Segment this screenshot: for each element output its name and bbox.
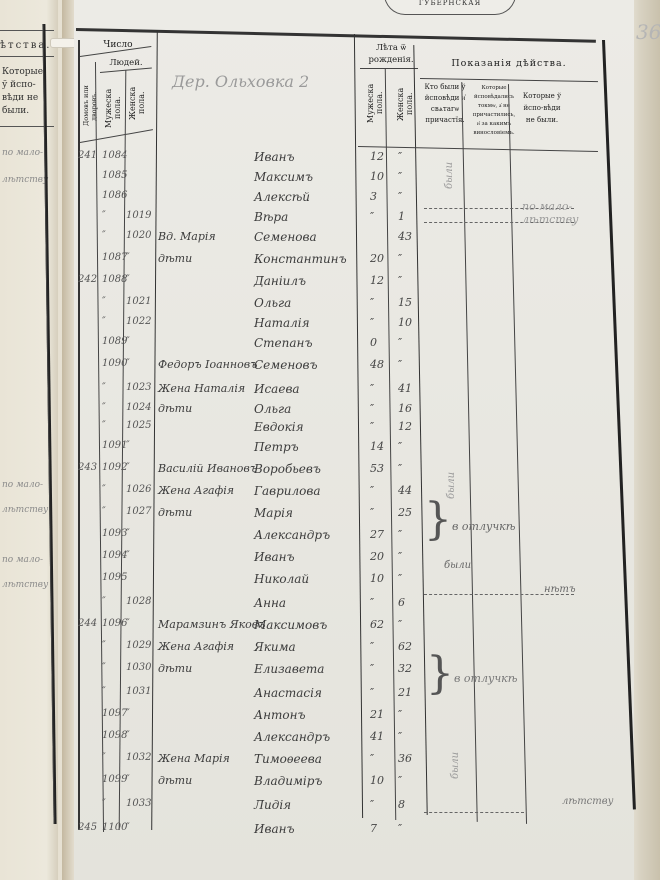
person-name: Александръ bbox=[254, 730, 330, 744]
person-name: Антонъ bbox=[254, 708, 306, 722]
age-female: ″ bbox=[398, 528, 402, 541]
male-number: ″ bbox=[102, 484, 106, 495]
age-male: 10 bbox=[370, 774, 384, 787]
left-page-rule bbox=[0, 56, 54, 57]
age-female: 12 bbox=[398, 420, 412, 433]
age-female: 8 bbox=[398, 798, 405, 811]
header-zhen: Женска пола. bbox=[128, 74, 142, 132]
female-number: ″ bbox=[126, 618, 130, 629]
male-number: 1096 bbox=[102, 618, 127, 629]
person-name: Иванъ bbox=[254, 822, 295, 836]
male-number: ″ bbox=[102, 640, 106, 651]
female-number: ″ bbox=[126, 774, 130, 785]
age-female: ″ bbox=[398, 150, 402, 163]
remark-net: нѣтъ bbox=[544, 584, 576, 595]
female-number: 1022 bbox=[126, 316, 151, 327]
male-number: 1094 bbox=[102, 550, 127, 561]
age-female: ″ bbox=[398, 336, 402, 349]
person-name: Елизавета bbox=[254, 662, 324, 676]
age-male: 10 bbox=[370, 170, 384, 183]
age-male: 48 bbox=[370, 358, 384, 371]
female-number: 1033 bbox=[126, 798, 151, 809]
female-number: ″ bbox=[126, 822, 130, 833]
female-number: 1029 bbox=[126, 640, 151, 651]
male-number: ″ bbox=[102, 506, 106, 517]
male-number: ″ bbox=[102, 798, 106, 809]
female-number: ″ bbox=[126, 358, 130, 369]
person-name: Ольга bbox=[254, 402, 291, 416]
page-number: 36 bbox=[636, 20, 660, 44]
header-col-ne-byli: Которые ў йспо-вѣди не были. bbox=[520, 90, 564, 126]
male-number: 1093 bbox=[102, 528, 127, 539]
age-male: 53 bbox=[370, 462, 384, 475]
person-name: Константинъ bbox=[254, 252, 347, 266]
column-line bbox=[151, 30, 158, 830]
male-number: ″ bbox=[102, 420, 106, 431]
age-female: ″ bbox=[398, 708, 402, 721]
male-number: 1091 bbox=[102, 440, 127, 451]
age-male: ″ bbox=[370, 640, 374, 653]
left-margin-note: лѣтству bbox=[2, 175, 48, 186]
age-female: ″ bbox=[398, 440, 402, 453]
person-name: Степанъ bbox=[254, 336, 312, 350]
person-name: Тимоѳеева bbox=[254, 752, 322, 766]
person-name: Анна bbox=[254, 596, 286, 610]
brace: } bbox=[424, 498, 452, 542]
age-male: ″ bbox=[370, 686, 374, 699]
person-prefix: дѣти bbox=[158, 402, 192, 415]
header-leta-zhen: Женска пола. bbox=[396, 76, 410, 132]
age-female: 36 bbox=[398, 752, 412, 765]
female-number: 1019 bbox=[126, 210, 151, 221]
male-number: 1100 bbox=[102, 822, 127, 833]
age-male: ″ bbox=[370, 402, 374, 415]
header-leta: Лѣта ѿ рожденія. bbox=[364, 42, 418, 66]
left-margin-note: по мало- bbox=[2, 148, 43, 159]
female-number: ″ bbox=[126, 462, 130, 473]
household-number: 241 bbox=[78, 150, 97, 161]
age-male: ″ bbox=[370, 316, 374, 329]
age-male: ″ bbox=[370, 798, 374, 811]
person-name: Семеновъ bbox=[254, 358, 317, 372]
age-male: 10 bbox=[370, 572, 384, 585]
male-number: ″ bbox=[102, 596, 106, 607]
person-prefix: дѣти bbox=[158, 252, 192, 265]
male-number: 1098 bbox=[102, 730, 127, 741]
age-male: 12 bbox=[370, 150, 384, 163]
age-female: ″ bbox=[398, 774, 402, 787]
age-female: 15 bbox=[398, 296, 412, 309]
female-number: ″ bbox=[126, 274, 130, 285]
age-female: 32 bbox=[398, 662, 412, 675]
age-female: ″ bbox=[398, 822, 402, 835]
male-number: 1087 bbox=[102, 252, 127, 263]
male-number: ″ bbox=[102, 210, 106, 221]
register-page: ГУБЕРНСКАЯ 36 Число Домовъ или дворовъ. … bbox=[74, 0, 634, 880]
header-dvorov: Домовъ или дворовъ. bbox=[82, 70, 96, 142]
column-line bbox=[461, 82, 477, 822]
person-name: Анастасія bbox=[254, 686, 322, 700]
left-page-rule bbox=[0, 30, 54, 31]
person-prefix: Жена Агафія bbox=[158, 640, 234, 653]
male-number: 1092 bbox=[102, 462, 127, 473]
age-female: 43 bbox=[398, 230, 412, 243]
age-female: ″ bbox=[398, 170, 402, 183]
stamp-emblem: ГУБЕРНСКАЯ bbox=[384, 0, 516, 15]
female-number: 1030 bbox=[126, 662, 151, 673]
age-female: ″ bbox=[398, 618, 402, 631]
left-page-border bbox=[42, 24, 56, 824]
age-male: 7 bbox=[370, 822, 377, 835]
person-name: Иванъ bbox=[254, 150, 295, 164]
person-prefix: Василій Ивановъ bbox=[158, 462, 257, 475]
age-male: 12 bbox=[370, 274, 384, 287]
age-male: ″ bbox=[370, 210, 374, 223]
male-number: ″ bbox=[102, 382, 106, 393]
female-number: ″ bbox=[126, 550, 130, 561]
age-male: ″ bbox=[370, 506, 374, 519]
person-prefix: дѣти bbox=[158, 506, 192, 519]
person-name: Якима bbox=[254, 640, 296, 654]
person-name: Исаева bbox=[254, 382, 300, 396]
age-female: 25 bbox=[398, 506, 412, 519]
male-number: 1095 bbox=[102, 572, 127, 583]
age-male: 21 bbox=[370, 708, 384, 721]
female-number: 1024 bbox=[126, 402, 151, 413]
person-name: Иванъ bbox=[254, 550, 295, 564]
remark-otluchka: в отлучкѣ bbox=[452, 520, 515, 533]
frame-right-border bbox=[602, 40, 636, 810]
person-name: Владиміръ bbox=[254, 774, 322, 788]
household-number: 243 bbox=[78, 462, 97, 473]
male-number: ″ bbox=[102, 402, 106, 413]
header-bottom-rule bbox=[358, 146, 598, 152]
female-number: 1027 bbox=[126, 506, 151, 517]
age-male: 27 bbox=[370, 528, 384, 541]
male-number: ″ bbox=[102, 686, 106, 697]
female-number: ″ bbox=[126, 336, 130, 347]
person-name: Максимовъ bbox=[254, 618, 327, 632]
age-female: 41 bbox=[398, 382, 412, 395]
male-number: ″ bbox=[102, 662, 106, 673]
age-male: 3 bbox=[370, 190, 377, 203]
male-number: 1090 bbox=[102, 358, 127, 369]
male-number: 1086 bbox=[102, 190, 127, 201]
age-female: 6 bbox=[398, 596, 405, 609]
book-gutter bbox=[62, 0, 74, 880]
frame-top-border bbox=[76, 28, 596, 43]
female-number: ″ bbox=[126, 252, 130, 263]
age-male: ″ bbox=[370, 420, 374, 433]
age-male: 0 bbox=[370, 336, 377, 349]
person-name: Семенова bbox=[254, 230, 317, 244]
age-male: 14 bbox=[370, 440, 384, 453]
male-number: 1097 bbox=[102, 708, 127, 719]
person-prefix: Вд. Марія bbox=[158, 230, 216, 243]
age-female: 44 bbox=[398, 484, 412, 497]
age-female: ″ bbox=[398, 572, 402, 585]
person-prefix: Марамзинъ Яковъ bbox=[158, 618, 266, 631]
age-female: ″ bbox=[398, 190, 402, 203]
male-number: ″ bbox=[102, 230, 106, 241]
age-male: ″ bbox=[370, 752, 374, 765]
person-name: Лидія bbox=[254, 798, 291, 812]
column-line bbox=[354, 34, 363, 818]
person-name: Наталія bbox=[254, 316, 310, 330]
person-name: Петръ bbox=[254, 440, 299, 454]
remark-byli: были bbox=[444, 560, 471, 571]
age-male: ″ bbox=[370, 382, 374, 395]
section-title: Дер. Ольховка 2 bbox=[172, 72, 309, 91]
header-lyudei: Людей. bbox=[104, 58, 148, 68]
column-line bbox=[413, 45, 427, 815]
female-number: 1028 bbox=[126, 596, 151, 607]
header-muzh: Мужеска пола. bbox=[104, 80, 118, 136]
male-number: ″ bbox=[102, 752, 106, 763]
age-female: ″ bbox=[398, 358, 402, 371]
male-number: 1088 bbox=[102, 274, 127, 285]
person-name: Ольга bbox=[254, 296, 291, 310]
person-name: Евдокія bbox=[254, 420, 304, 434]
header-rule bbox=[360, 68, 418, 69]
male-number: ″ bbox=[102, 296, 106, 307]
person-name: Алексѣй bbox=[254, 190, 310, 204]
male-number: ″ bbox=[102, 316, 106, 327]
left-page-fragment: ѣтства. Которые ў йспо- вѣди не были. по… bbox=[0, 0, 58, 880]
person-prefix: Федоръ Іоанновъ bbox=[158, 358, 257, 371]
person-name: Николай bbox=[254, 572, 309, 586]
left-margin-note: лѣтству bbox=[2, 505, 48, 516]
left-margin-note: по мало- bbox=[2, 555, 43, 566]
remark-ne-byli: по мало-лѣтству bbox=[522, 200, 582, 226]
person-name: Марія bbox=[254, 506, 293, 520]
male-number: 1084 bbox=[102, 150, 127, 161]
household-number: 244 bbox=[78, 618, 97, 629]
female-number: 1020 bbox=[126, 230, 151, 241]
age-female: ″ bbox=[398, 274, 402, 287]
age-female: ″ bbox=[398, 730, 402, 743]
male-number: 1085 bbox=[102, 170, 127, 181]
female-number: ″ bbox=[126, 708, 130, 719]
person-name: Воробьевъ bbox=[254, 462, 321, 476]
male-number: 1099 bbox=[102, 774, 127, 785]
remark-letstvu: лѣтству bbox=[562, 796, 613, 807]
female-number: 1023 bbox=[126, 382, 151, 393]
age-female: 1 bbox=[398, 210, 405, 223]
age-female: ″ bbox=[398, 550, 402, 563]
person-prefix: Жена Марія bbox=[158, 752, 230, 765]
remark-otluchka: в отлучкѣ bbox=[454, 672, 517, 685]
female-number: 1031 bbox=[126, 686, 151, 697]
person-name: Вѣра bbox=[254, 210, 288, 224]
female-number: ″ bbox=[126, 528, 130, 539]
age-female: 21 bbox=[398, 686, 412, 699]
age-male: 20 bbox=[370, 550, 384, 563]
age-male: 62 bbox=[370, 618, 384, 631]
column-line bbox=[385, 68, 396, 820]
person-name: Гаврилова bbox=[254, 484, 321, 498]
left-margin-note: по мало- bbox=[2, 480, 43, 491]
person-prefix: Жена Наталія bbox=[158, 382, 245, 395]
person-name: Даніилъ bbox=[254, 274, 306, 288]
remark-byli: были bbox=[450, 752, 461, 779]
female-number: ″ bbox=[126, 440, 130, 451]
brace: } bbox=[426, 652, 454, 696]
age-female: 10 bbox=[398, 316, 412, 329]
header-leta-muzh: Мужеска пола. bbox=[366, 74, 380, 132]
person-prefix: дѣти bbox=[158, 662, 192, 675]
female-number: ″ bbox=[126, 730, 130, 741]
age-male: 20 bbox=[370, 252, 384, 265]
female-number: 1025 bbox=[126, 420, 151, 431]
person-name: Максимъ bbox=[254, 170, 313, 184]
person-prefix: Жена Агафія bbox=[158, 484, 234, 497]
age-male: ″ bbox=[370, 596, 374, 609]
age-female: ″ bbox=[398, 462, 402, 475]
remark-byli: были bbox=[444, 162, 455, 189]
age-male: ″ bbox=[370, 662, 374, 675]
age-female: ″ bbox=[398, 252, 402, 265]
age-female: 62 bbox=[398, 640, 412, 653]
age-female: 16 bbox=[398, 402, 412, 415]
household-number: 245 bbox=[78, 822, 97, 833]
male-number: 1089 bbox=[102, 336, 127, 347]
age-male: ″ bbox=[370, 296, 374, 309]
person-prefix: дѣти bbox=[158, 774, 192, 787]
household-number: 242 bbox=[78, 274, 97, 285]
female-number: 1021 bbox=[126, 296, 151, 307]
left-margin-note: лѣтству bbox=[2, 580, 48, 591]
dash-line bbox=[424, 812, 524, 813]
person-name: Александръ bbox=[254, 528, 330, 542]
header-pokazaniya: Показанія дѣйства. bbox=[424, 58, 594, 69]
column-line bbox=[508, 84, 527, 824]
female-number: 1032 bbox=[126, 752, 151, 763]
age-male: 41 bbox=[370, 730, 384, 743]
age-male: ″ bbox=[370, 484, 374, 497]
female-number: 1026 bbox=[126, 484, 151, 495]
